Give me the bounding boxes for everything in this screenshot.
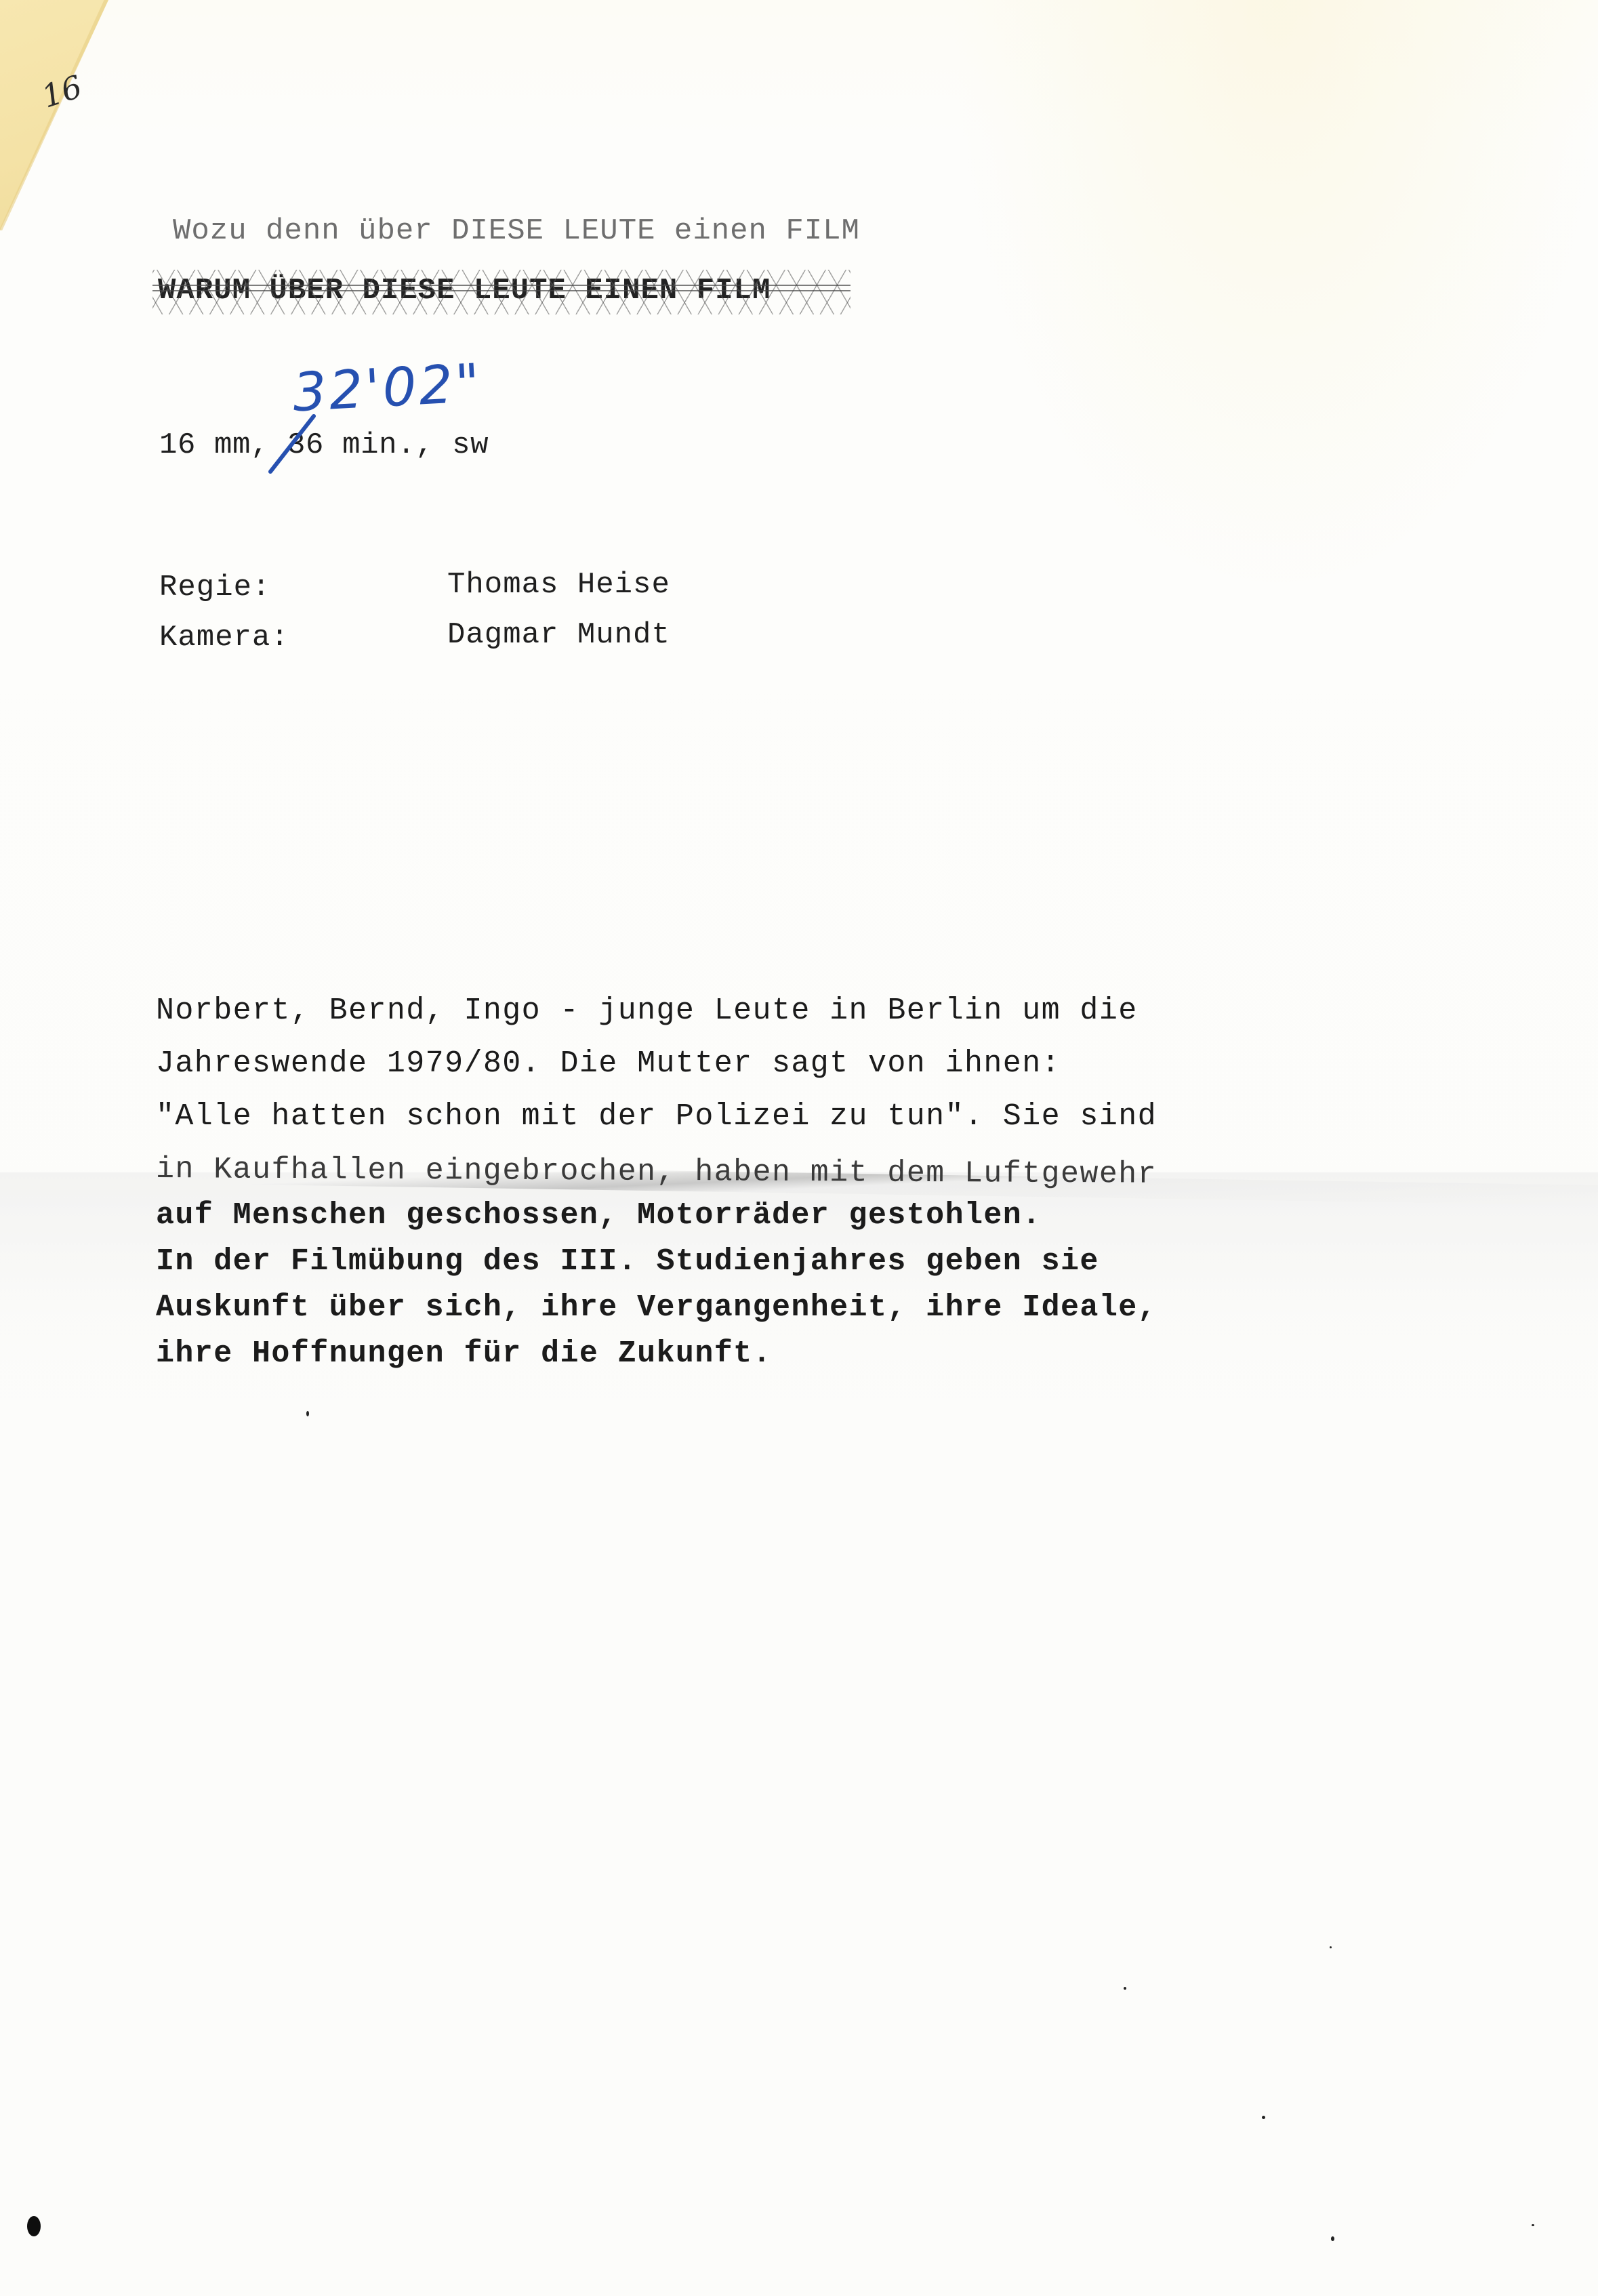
strike-line-middle: [152, 290, 851, 291]
scan-speck: [306, 1411, 309, 1416]
credit-label-kamera: Kamera:: [159, 621, 289, 655]
scan-speck: [1330, 1946, 1332, 1948]
scan-speck: [1532, 2224, 1534, 2226]
film-gauge: 16 mm,: [159, 428, 269, 462]
synopsis-line: Jahreswende 1979/80. Die Mutter sagt von…: [156, 1046, 1061, 1081]
typewriter-x-overstrike: [152, 270, 851, 314]
synopsis-line: ihre Hoffnungen für die Zukunft.: [156, 1336, 772, 1371]
synopsis-line: In der Filmübung des III. Studienjahres …: [156, 1244, 1099, 1279]
credit-value-regie: Thomas Heise: [447, 568, 670, 602]
scan-speck: [1262, 2116, 1265, 2119]
document-title: Wozu denn über DIESE LEUTE einen FILM: [173, 214, 860, 248]
strike-line-upper: [152, 285, 851, 286]
struck-out-title: WARUM ÜBER DIESE LEUTE EINEN FILM: [152, 270, 851, 314]
punch-hole-dot: [27, 2216, 41, 2236]
synopsis-line: Auskunft über sich, ihre Vergangenheit, …: [156, 1290, 1157, 1325]
duration-unit: min.,: [342, 428, 434, 462]
synopsis-line: "Alle hatten schon mit der Polizei zu tu…: [156, 1099, 1157, 1134]
credit-value-kamera: Dagmar Mundt: [447, 618, 670, 652]
film-format-line: 16 mm, 36 min., sw: [159, 428, 489, 462]
scanned-page: 16 Wozu denn über DIESE LEUTE einen FILM…: [0, 0, 1598, 2296]
handwritten-duration-correction: 32'02": [291, 353, 484, 424]
synopsis-line: auf Menschen geschossen, Motorräder gest…: [156, 1198, 1042, 1233]
color-format: sw: [452, 428, 489, 462]
synopsis-line: in Kaufhallen eingebrochen, haben mit de…: [156, 1152, 1157, 1192]
credit-label-regie: Regie:: [159, 571, 270, 604]
synopsis-line: Norbert, Bernd, Ingo - junge Leute in Be…: [156, 993, 1138, 1028]
scan-speck: [1331, 2236, 1334, 2241]
scan-speck: [1124, 1987, 1126, 1990]
